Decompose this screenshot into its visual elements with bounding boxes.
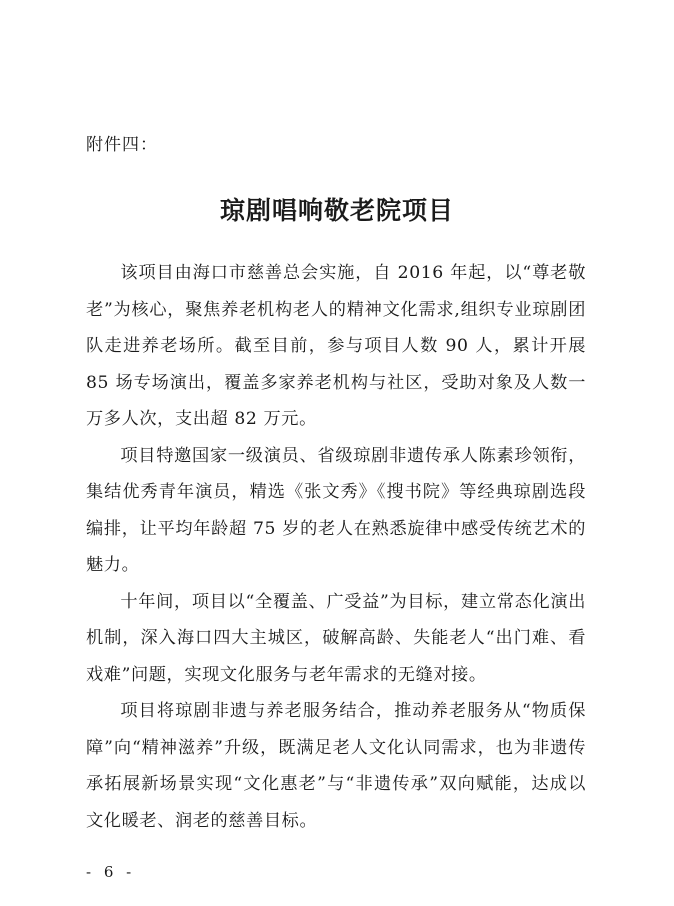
document-page: 附件四： 琼剧唱响敬老院项目 该项目由海口市慈善总会实施，自 2016 年起，以… xyxy=(0,0,674,906)
document-body: 该项目由海口市慈善总会实施，自 2016 年起，以“尊老敬老”为核心，聚焦养老机… xyxy=(86,255,586,839)
page-number: - 6 - xyxy=(86,863,135,881)
paragraph-coverage: 十年间，项目以“全覆盖、广受益”为目标，建立常态化演出机制，深入海口四大主城区，… xyxy=(86,584,586,694)
attachment-label: 附件四： xyxy=(86,130,158,155)
document-title: 琼剧唱响敬老院项目 xyxy=(0,191,674,227)
paragraph-goals: 项目将琼剧非遗与养老服务结合，推动养老服务从“物质保障”向“精神滋养”升级，既满… xyxy=(86,693,586,839)
paragraph-overview: 该项目由海口市慈善总会实施，自 2016 年起，以“尊老敬老”为核心，聚焦养老机… xyxy=(86,255,586,438)
paragraph-performers: 项目特邀国家一级演员、省级琼剧非遗传承人陈素珍领衔，集结优秀青年演员，精选《张文… xyxy=(86,438,586,584)
